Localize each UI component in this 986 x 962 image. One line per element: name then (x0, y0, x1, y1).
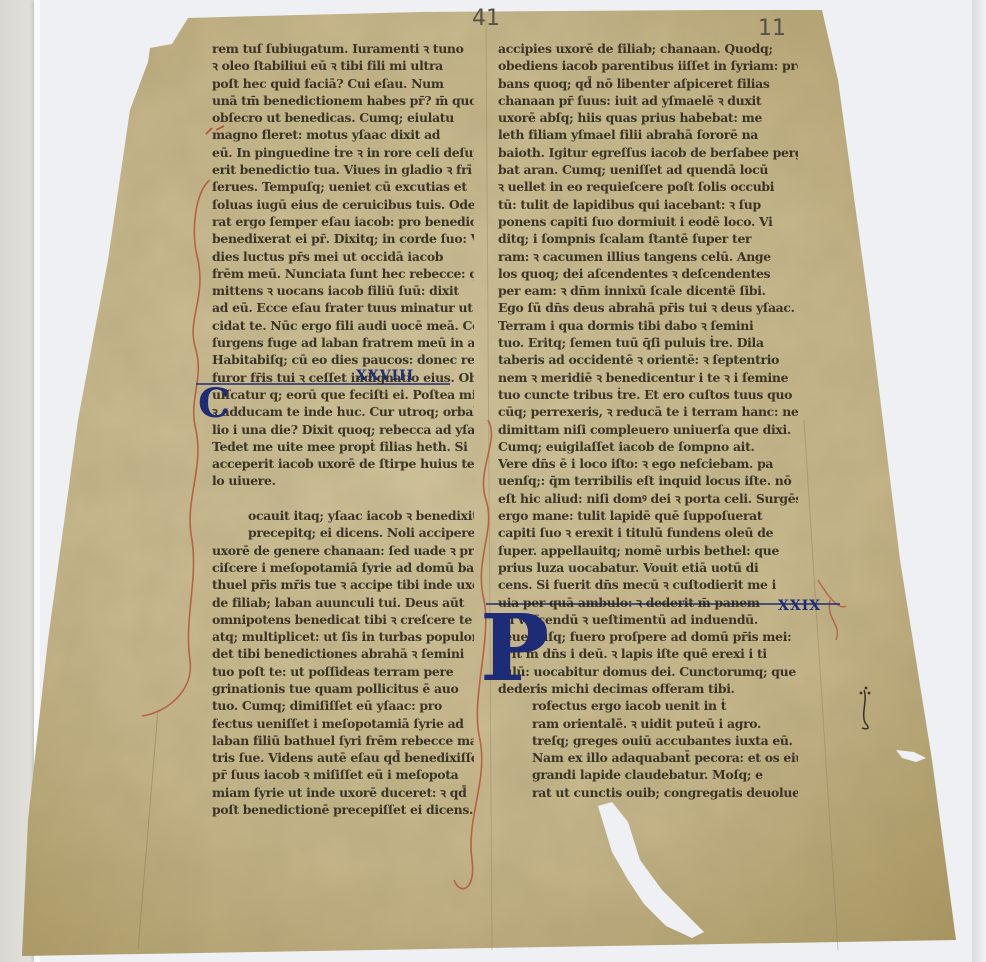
text-line: lio i una die? Dixit quoq; rebecca ad yſ… (212, 421, 474, 438)
text-line: cūq; perrexeris, ꝛ reducā te i terram ha… (498, 403, 798, 420)
text-line: acceperit iacob uxorē de ſtirpe huius te… (212, 455, 474, 472)
text-line: ciſcere i meſopotamiā ſyrie ad domū ba (212, 559, 474, 576)
pencil-folio-number: 41 (472, 6, 500, 31)
text-line: frēm meū. Nunciata ſunt hec rebecce: que (212, 265, 474, 282)
text-line: ſurgens fuge ad laban fratrem meū in ara… (212, 334, 474, 351)
text-line: tuo. Eritq; ſemen tuū q̄ſi puluis ṫre. D… (498, 334, 798, 351)
text-line: accipies uxorē de filiab; chanaan. Quodq… (498, 40, 798, 57)
text-line: rem tuſ ſubiugatum. Iuramenti ꝛ tuno (212, 40, 474, 57)
text-line: taberis ad occidentē ꝛ orientē: ꝛ ſepten… (498, 351, 798, 368)
text-line: obſecro ut benedicas. Cumq; eiulatu (212, 109, 474, 126)
text-line: atq; multiplicet: ut ſis in turbas popul… (212, 628, 474, 645)
text-line: poſt hec quid faciā? Cui eſau. Num (212, 75, 474, 92)
text-line: tris ſue. Videns autē eſau qd̄ benedixiſ… (212, 749, 474, 766)
text-line: Tedet me uite mee propṫ filias heth. Si (212, 438, 474, 455)
text-line (212, 490, 474, 507)
text-line: bat aran. Cumq; ueniſſet ad quendā locū (498, 161, 798, 178)
text-line: obediens iacob parentibus iiſſet in ſyri… (498, 57, 798, 74)
text-line: ram: ꝛ cacumen illius tangens celū. Ange (498, 248, 798, 265)
text-column-left: rem tuſ ſubiugatum. Iuramenti ꝛ tuno ꝛ o… (212, 40, 474, 818)
text-line: leth filiam yſmael filii abrahā ſororē n… (498, 126, 798, 143)
chapter-number-left: XXVIII (356, 368, 414, 384)
text-line: Nam ex illo adaquabant̄ pecora: et os ei… (498, 749, 798, 766)
text-line: grandi lapide claudebatur. Moſq; e (498, 766, 798, 783)
text-line: Habitabiſq; cū eo dies paucos: donec req… (212, 351, 474, 368)
manuscript-leaf: 41 11 rem tuſ ſubiugatum. Iuramenti ꝛ tu… (0, 0, 986, 962)
text-line: dimittam niſi compleuero uniuerſa que di… (498, 421, 798, 438)
text-line: ad eū. Ecce eſau frater tuus minatur ut … (212, 299, 474, 316)
text-line: tuo cuncte tribus ṫre. Et ero cuſtos tuu… (498, 386, 798, 403)
text-line: thuel pr̄is mr̄is tue ꝛ accipe tibi inde… (212, 576, 474, 593)
text-line: chanaan pr̄ ſuus: iuit ad yſmaelē ꝛ duxi… (498, 92, 798, 109)
text-line: rat ergo ſemper eſau iacob: pro benedict… (212, 213, 474, 230)
pencil-corner-number: 11 (758, 16, 786, 41)
text-line: omnipotens benedicat tibi ꝛ creſcere te … (212, 611, 474, 628)
text-line: ꝛ adducam te inde huc. Cur utroq; orbabo… (212, 403, 474, 420)
text-line: lo uiuere. (212, 472, 474, 489)
text-line: bans quoq; qd̄ nō libenter aſpiceret fil… (498, 75, 798, 92)
text-line: Terram i qua dormis tibi dabo ꝛ ſemini (498, 317, 798, 334)
text-line: erit benedictio tua. Viues in gladio ꝛ f… (212, 161, 474, 178)
text-line: uiſcatur q; eorū que feciſti ei. Poſtea … (212, 386, 474, 403)
text-line: ꝛ uellet in eo requieſcere poſt ſolis oc… (498, 178, 798, 195)
text-line: ergo mane: tulit lapidē quē ſuppoſuerat (498, 507, 798, 524)
text-line: cidat te. Nūc ergo fili audi uocē meā. C… (212, 317, 474, 334)
text-line: ocauit itaq; yſaac iacob ꝛ benedixit (212, 507, 474, 524)
text-line: laban filiū bathuel ſyri frēm rebecce ma (212, 732, 474, 749)
text-line: precepitq; ei dicens. Noli accipere (212, 524, 474, 541)
text-line: fectus ueniſſet i meſopotamiā ſyrie ad (212, 715, 474, 732)
text-line: tū: tulit de lapidibus qui iacebant: ꝛ ſ… (498, 196, 798, 213)
text-line: Vere dn̄s ē i loco iſto: ꝛ ego neſciebam… (498, 455, 798, 472)
decorated-initial-c: C (198, 384, 230, 424)
text-line: uenſq;: q̄m terribilis eſt inquid locus … (498, 472, 798, 489)
text-line: unā tm̄ benedictionem habes pr̄? m̄ quoq (212, 92, 474, 109)
text-line: prius luza uocabatur. Vouit etiā uotū di (498, 559, 798, 576)
text-line: eſt hic aliud: niſi domꝰ dei ꝛ porta cel… (498, 490, 798, 507)
text-line: miam ſyrie ut inde uxorē duceret: ꝛ qd̄ (212, 784, 474, 801)
text-line: eū. In pinguedine ṫre ꝛ in rore celi deſ… (212, 144, 474, 161)
text-line: magno fleret: motus yſaac dixit ad (212, 126, 474, 143)
text-line: de filiab; laban auunculi tui. Deus aūt (212, 594, 474, 611)
text-line: uxorē abſq; hiis quas prius habebat: me (498, 109, 798, 126)
text-line: tuo. Cumq; dimiſiſſet eū yſaac: pro (212, 697, 474, 714)
text-line: uxorē de genere chanaan: ſed uade ꝛ prof… (212, 542, 474, 559)
text-line: ditq; i ſompnis ſcalam ſtantē ſuper ter (498, 230, 798, 247)
text-line: det tibi benedictiones abrahā ꝛ ſemini (212, 645, 474, 662)
text-line: ſerues. Tempuſq; ueniet cū excutias et (212, 178, 474, 195)
text-line: cens. Si fuerit dn̄s mecū ꝛ cuſtodierit … (498, 576, 798, 593)
text-line: rat ut cunctis ouib; congregatis deuolue… (498, 784, 798, 801)
text-line: per eam: ꝛ dn̄m innixū ſcale dicentē ſib… (498, 282, 798, 299)
parchment-shape (0, 0, 986, 962)
text-line: grinationis tue quam pollicitus ē auo (212, 680, 474, 697)
text-line: ram orientalē. ꝛ uidit puteū i agro. (498, 715, 798, 732)
text-line: Ego ſū dn̄s deus abrahā pr̄is tui ꝛ deus… (498, 299, 798, 316)
text-line: ſoluas iugū eius de ceruicibus tuis. Ode (212, 196, 474, 213)
text-line: pr̄ ſuus iacob ꝛ miſiſſet eū i meſopota (212, 766, 474, 783)
text-line: baioth. Igitur egreſſus iacob de berſabe… (498, 144, 798, 161)
chapter-number-right: XXIX (778, 598, 821, 614)
decorated-initial-p: P (480, 600, 549, 696)
text-line: tuo poſt te: ut poſſideas terram pere (212, 663, 474, 680)
text-line: nem ꝛ meridiē ꝛ benedicentur i te ꝛ i ſe… (498, 369, 798, 386)
text-line: mittens ꝛ uocans iacob filiū ſuū: dixit (212, 282, 474, 299)
text-line: ſuper. appellauitq; nomē urbis bethel: q… (498, 542, 798, 559)
text-line: benedixerat ei pr̄. Dixitq; in corde ſuo… (212, 230, 474, 247)
text-line: ponens capiti ſuo dormiuit i eodē loco. … (498, 213, 798, 230)
text-line: treſq; greges ouiū accubantes iuxta eū. (498, 732, 798, 749)
text-line: furor fr̄is tui ꝛ ceſſet indignatio eius… (212, 369, 474, 386)
text-line: capiti ſuo ꝛ erexit i titulū fundens ole… (498, 524, 798, 541)
text-line: poſt benedictionē precepiſſet ei dicens.… (212, 801, 474, 818)
text-line: Cumq; euigilaſſet iacob de ſompno ait. (498, 438, 798, 455)
text-line: ꝛ oleo ſtabiliui eū ꝛ tibi fili mi ultra (212, 57, 474, 74)
text-line: dies luctus pr̄s mei ut occidā iacob (212, 248, 474, 265)
text-line: los quoq; dei aſcendentes ꝛ deſcendentes (498, 265, 798, 282)
